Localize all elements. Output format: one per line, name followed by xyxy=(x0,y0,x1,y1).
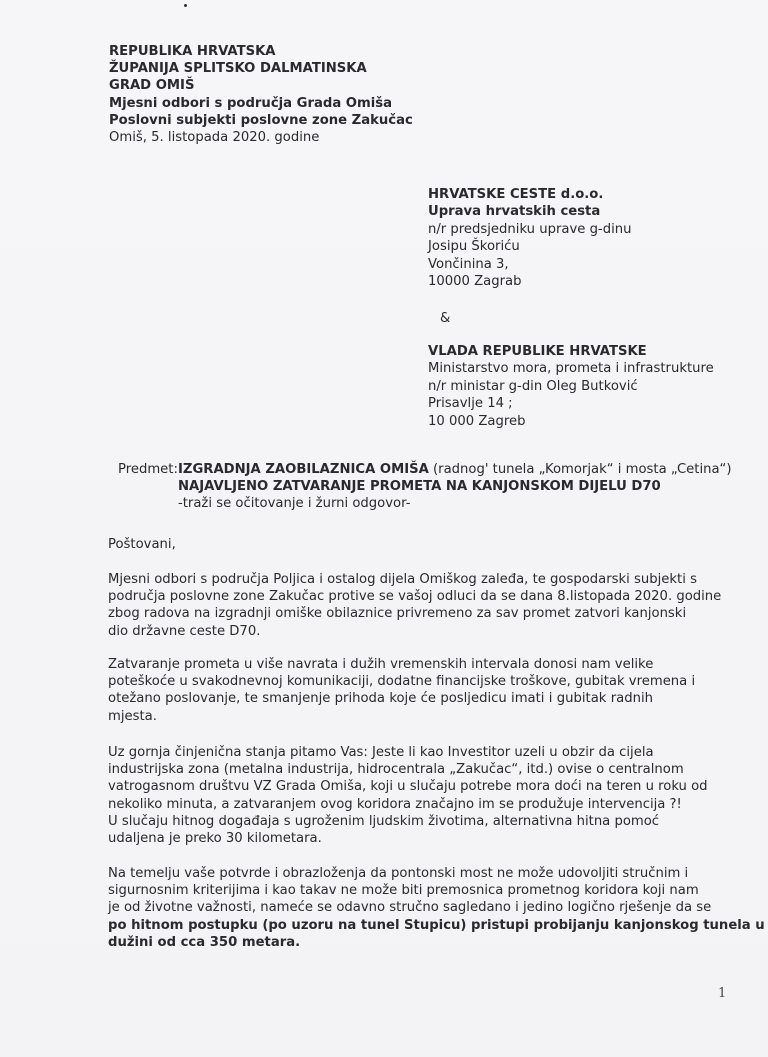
paragraph-line: U slučaju hitnog događaja s ugroženim lj… xyxy=(108,813,653,830)
recipient-block-1: HRVATSKE CESTE d.o.o. Uprava hrvatskih c… xyxy=(428,186,631,290)
letter-page: REPUBLIKA HRVATSKA ŽUPANIJA SPLITSKO DAL… xyxy=(0,0,768,1057)
paragraph-line: otežano poslovanje, te smanjenje prihoda… xyxy=(108,690,653,707)
paragraph-line: industrijska zona (metalna industrija, h… xyxy=(108,761,653,778)
subject-title: IZGRADNJA ZAOBILAZNICA OMIŠA xyxy=(178,462,429,477)
paragraph-line: poteškoće u svakodnevnoj komunikaciji, d… xyxy=(108,673,653,690)
salutation: Poštovani, xyxy=(108,537,176,552)
sender-line: REPUBLIKA HRVATSKA xyxy=(109,43,413,60)
subject-label: Predmet: xyxy=(118,461,178,478)
paragraph-line: dio državne ceste D70. xyxy=(108,623,653,640)
paragraph-line: udaljena je preko 30 kilometara. xyxy=(108,830,653,847)
recipient-street: Prisavlje 14 ; xyxy=(428,395,714,412)
subject-line-3: -traži se očitovanje i žurni odgovor- xyxy=(178,495,732,512)
paragraph-3: Uz gornja činjenična stanja pitamo Vas: … xyxy=(108,744,653,847)
scan-speck xyxy=(184,4,187,7)
recipient-unit: Ministarstvo mora, prometa i infrastrukt… xyxy=(428,360,714,377)
paragraph-line: područja poslovne zone Zakučac protive s… xyxy=(108,588,653,605)
paragraph-4: Na temelju vaše potvrde i obrazloženja d… xyxy=(108,865,653,951)
paragraph-1: Mjesni odbori s područja Poljica i ostal… xyxy=(108,571,653,640)
paragraph-line: sigurnosnim kriterijima i kao takav ne m… xyxy=(108,882,653,899)
sender-line: GRAD OMIŠ xyxy=(109,77,413,94)
subject-title-detail: (radnog' tunela „Komorjak“ i mosta „Ceti… xyxy=(429,462,732,477)
recipient-person: Josipu Škoriću xyxy=(428,238,631,255)
recipient-block-2: VLADA REPUBLIKE HRVATSKE Ministarstvo mo… xyxy=(428,343,714,430)
paragraph-line: Zatvaranje prometa u više navrata i duži… xyxy=(108,656,653,673)
paragraph-line-bold: dužini od cca 350 metara. xyxy=(108,934,653,951)
subject-line-2: NAJAVLJENO ZATVARANJE PROMETA NA KANJONS… xyxy=(178,478,732,495)
paragraph-line: je od životne važnosti, nameće se odavno… xyxy=(108,899,653,916)
subject-line-1: IZGRADNJA ZAOBILAZNICA OMIŠA (radnog' tu… xyxy=(178,461,732,478)
paragraph-line: mjesta. xyxy=(108,708,653,725)
recipient-name: HRVATSKE CESTE d.o.o. xyxy=(428,186,631,203)
sender-line: Mjesni odbori s područja Grada Omiša xyxy=(109,95,413,112)
recipient-city: 10 000 Zagreb xyxy=(428,413,714,430)
sender-line: ŽUPANIJA SPLITSKO DALMATINSKA xyxy=(109,60,413,77)
paragraph-line: zbog radova na izgradnji omiške obilazni… xyxy=(108,605,653,622)
paragraph-line-bold: po hitnom postupku (po uzoru na tunel St… xyxy=(108,917,653,934)
recipient-attention: n/r ministar g-din Oleg Butković xyxy=(428,378,714,395)
sender-block: REPUBLIKA HRVATSKA ŽUPANIJA SPLITSKO DAL… xyxy=(109,43,413,146)
paragraph-line: vatrogasnom društvu VZ Grada Omiša, koji… xyxy=(108,778,653,795)
paragraph-line: Uz gornja činjenična stanja pitamo Vas: … xyxy=(108,744,653,761)
ampersand: & xyxy=(440,311,450,326)
paragraph-line: Na temelju vaše potvrde i obrazloženja d… xyxy=(108,865,653,882)
recipient-city: 10000 Zagrab xyxy=(428,273,631,290)
date-line: Omiš, 5. listopada 2020. godine xyxy=(109,129,413,146)
paragraph-line: nekoliko minuta, a zatvaranjem ovog kori… xyxy=(108,796,653,813)
paragraph-2: Zatvaranje prometa u više navrata i duži… xyxy=(108,656,653,725)
recipient-attention: n/r predsjedniku uprave g-dinu xyxy=(428,221,631,238)
paragraph-line: Mjesni odbori s područja Poljica i ostal… xyxy=(108,571,653,588)
recipient-unit: Uprava hrvatskih cesta xyxy=(428,203,631,220)
recipient-name: VLADA REPUBLIKE HRVATSKE xyxy=(428,343,714,360)
recipient-street: Vončinina 3, xyxy=(428,256,631,273)
sender-line: Poslovni subjekti poslovne zone Zakučac xyxy=(109,112,413,129)
page-number: 1 xyxy=(718,986,726,1001)
